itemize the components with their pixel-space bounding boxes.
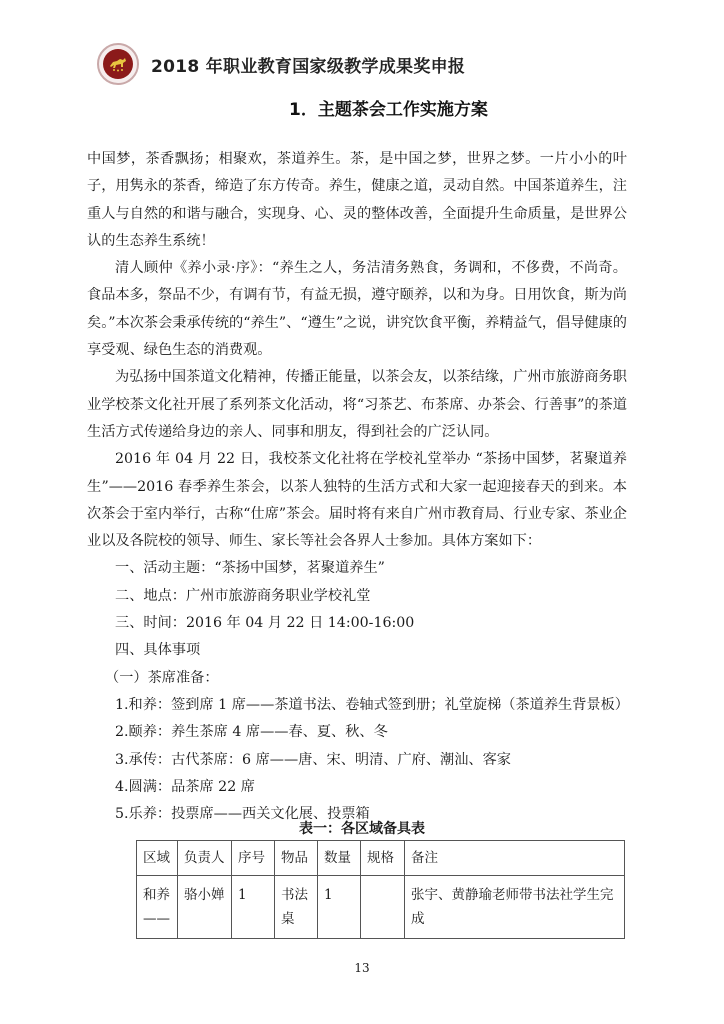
header-cell-number: 序号: [232, 841, 275, 876]
cell-owner: 骆小婵: [178, 876, 232, 939]
header-cell-quantity: 数量: [318, 841, 361, 876]
paragraph-quote: 清人顾仲《养小录·序》：“养生之人，务洁清务熟食，务调和，不侈费，不尚奇。食品本…: [87, 255, 627, 364]
table-row: 和养—— 骆小婵 1 书法桌 1 张宇、黄静瑜老师带书法社学生完成: [137, 876, 625, 939]
document-body: 中国梦，茶香飘扬；相聚欢，茶道养生。茶，是中国之梦，世界之梦。一片小小的叶子，用…: [87, 146, 627, 828]
table-header-row: 区域 负责人 序号 物品 数量 规格 备注: [137, 841, 625, 876]
outline-theme: 一、活动主题：“茶扬中国梦，茗聚道养生”: [87, 555, 627, 582]
cell-quantity: 1: [318, 876, 361, 939]
page-header: 2018 年职业教育国家级教学成果奖申报: [97, 41, 465, 87]
paragraph-intro: 中国梦，茶香飘扬；相聚欢，茶道养生。茶，是中国之梦，世界之梦。一片小小的叶子，用…: [87, 146, 627, 255]
prep-item: 2.颐养：养生茶席 4 席——春、夏、秋、冬: [87, 719, 627, 746]
cell-notes: 张宇、黄静瑜老师带书法社学生完成: [405, 876, 625, 939]
outline-location: 二、地点：广州市旅游商务职业学校礼堂: [87, 583, 627, 610]
outline-details: 四、具体事项: [87, 637, 627, 664]
section-title: 1．主题茶会工作实施方案: [289, 95, 488, 120]
header-cell-notes: 备注: [405, 841, 625, 876]
outline-time: 三、时间：2016 年 04 月 22 日 14:00-16:00: [87, 610, 627, 637]
header-title: 2018 年职业教育国家级教学成果奖申报: [151, 52, 465, 77]
header-cell-area: 区域: [137, 841, 178, 876]
school-emblem-icon: [97, 43, 139, 85]
table-caption: 表一：各区域备具表: [0, 818, 724, 838]
subsection-heading: （一）茶席准备：: [87, 665, 627, 692]
prep-item: 1.和养：签到席 1 席——茶道书法、卷轴式签到册；礼堂旋梯（茶道养生背景板）: [87, 692, 627, 719]
document-page: 2018 年职业教育国家级教学成果奖申报 1．主题茶会工作实施方案 中国梦，茶香…: [0, 0, 724, 1024]
cell-spec: [361, 876, 405, 939]
cell-item: 书法桌: [275, 876, 318, 939]
header-cell-owner: 负责人: [178, 841, 232, 876]
prep-item: 3.承传：古代茶席：6 席——唐、宋、明清、广府、潮汕、客家: [87, 747, 627, 774]
cell-area: 和养——: [137, 876, 178, 939]
header-cell-spec: 规格: [361, 841, 405, 876]
cell-number: 1: [232, 876, 275, 939]
page-number: 13: [0, 961, 724, 975]
prep-item: 4.圆满：品茶席 22 席: [87, 774, 627, 801]
paragraph-event: 2016 年 04 月 22 日，我校茶文化社将在学校礼堂举办 “茶扬中国梦，茗…: [87, 446, 627, 555]
header-cell-item: 物品: [275, 841, 318, 876]
paragraph-background: 为弘扬中国茶道文化精神，传播正能量，以茶会友，以茶结缘，广州市旅游商务职业学校茶…: [87, 364, 627, 446]
equipment-table: 区域 负责人 序号 物品 数量 规格 备注 和养—— 骆小婵 1 书法桌 1 张…: [136, 840, 625, 939]
